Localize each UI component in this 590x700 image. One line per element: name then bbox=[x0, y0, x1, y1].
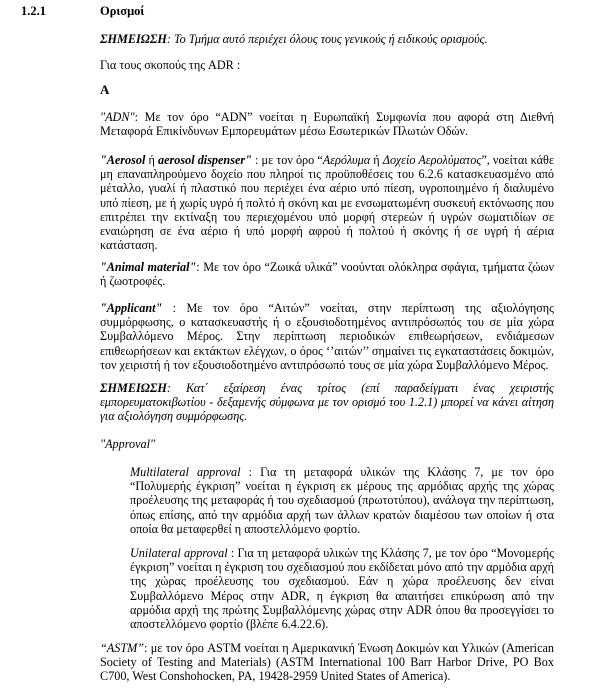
letter-heading: A bbox=[100, 83, 554, 97]
note-text: : Το Τμήμα αυτό περιέχει όλους τους γενι… bbox=[167, 32, 488, 46]
section-number: 1.2.1 bbox=[21, 4, 46, 18]
definition-body: : με τον όρο ASTM νοείται η Αμερικανική … bbox=[100, 641, 554, 683]
definition-body: : Με τον όρο “ADN” νοείται η Ευρωπαϊκή Σ… bbox=[100, 110, 554, 138]
definition-multilateral-approval: Multilateral approval : Για τη μεταφορά … bbox=[130, 465, 554, 536]
greek-term: Αερόλυμα bbox=[323, 153, 370, 167]
definition-astm: “ASTM”: με τον όρο ASTM νοείται η Αμερικ… bbox=[100, 641, 554, 684]
definition-term: "Approval" bbox=[100, 437, 155, 451]
intro-note: ΣΗΜΕΙΩΣΗ: Το Τμήμα αυτό περιέχει όλους τ… bbox=[100, 32, 554, 46]
definition-term: "ADN" bbox=[100, 110, 135, 124]
definition-term: "Animal material" bbox=[100, 260, 196, 274]
note-body: : Κατ΄ εξαίρεση ένας τρίτος (επί παραδεί… bbox=[100, 381, 554, 423]
definition-aerosol: "Aerosol ή aerosol dispenser" : με τον ό… bbox=[100, 153, 554, 252]
section-title: Ορισμοί bbox=[100, 4, 144, 18]
definition-body: : Με τον όρο “Αιτών” νοείται, στην περίπ… bbox=[100, 301, 554, 372]
definition-animal-material: "Animal material": Με τον όρο “Ζωικά υλι… bbox=[100, 260, 554, 288]
definition-approval: "Approval" bbox=[100, 437, 554, 451]
definition-term: "Applicant" bbox=[100, 301, 162, 315]
definition-body: ”, νοείται κάθε μη επαναπληρούμενο δοχεί… bbox=[100, 153, 554, 252]
definition-term: Unilateral approval bbox=[130, 546, 228, 560]
definition-term: Multilateral approval bbox=[130, 465, 241, 479]
definition-term-2: aerosol dispenser" bbox=[158, 153, 252, 167]
purpose-line: Για τους σκοπούς της ADR : bbox=[100, 58, 554, 72]
applicant-note: ΣΗΜΕΙΩΣΗ: Κατ΄ εξαίρεση ένας τρίτος (επί… bbox=[100, 381, 554, 424]
note-label: ΣΗΜΕΙΩΣΗ bbox=[100, 32, 167, 46]
definition-applicant: "Applicant" : Με τον όρο “Αιτών” νοείται… bbox=[100, 301, 554, 372]
greek-term-2: Δοχείο Αερολύματος bbox=[383, 153, 482, 167]
definition-unilateral-approval: Unilateral approval : Για τη μεταφορά υλ… bbox=[130, 546, 554, 631]
note-label: ΣΗΜΕΙΩΣΗ bbox=[100, 381, 167, 395]
definition-term: “ASTM” bbox=[100, 641, 144, 655]
definition-adn: "ADN": Με τον όρο “ADN” νοείται η Ευρωπα… bbox=[100, 110, 554, 138]
definition-term: "Aerosol bbox=[100, 153, 145, 167]
